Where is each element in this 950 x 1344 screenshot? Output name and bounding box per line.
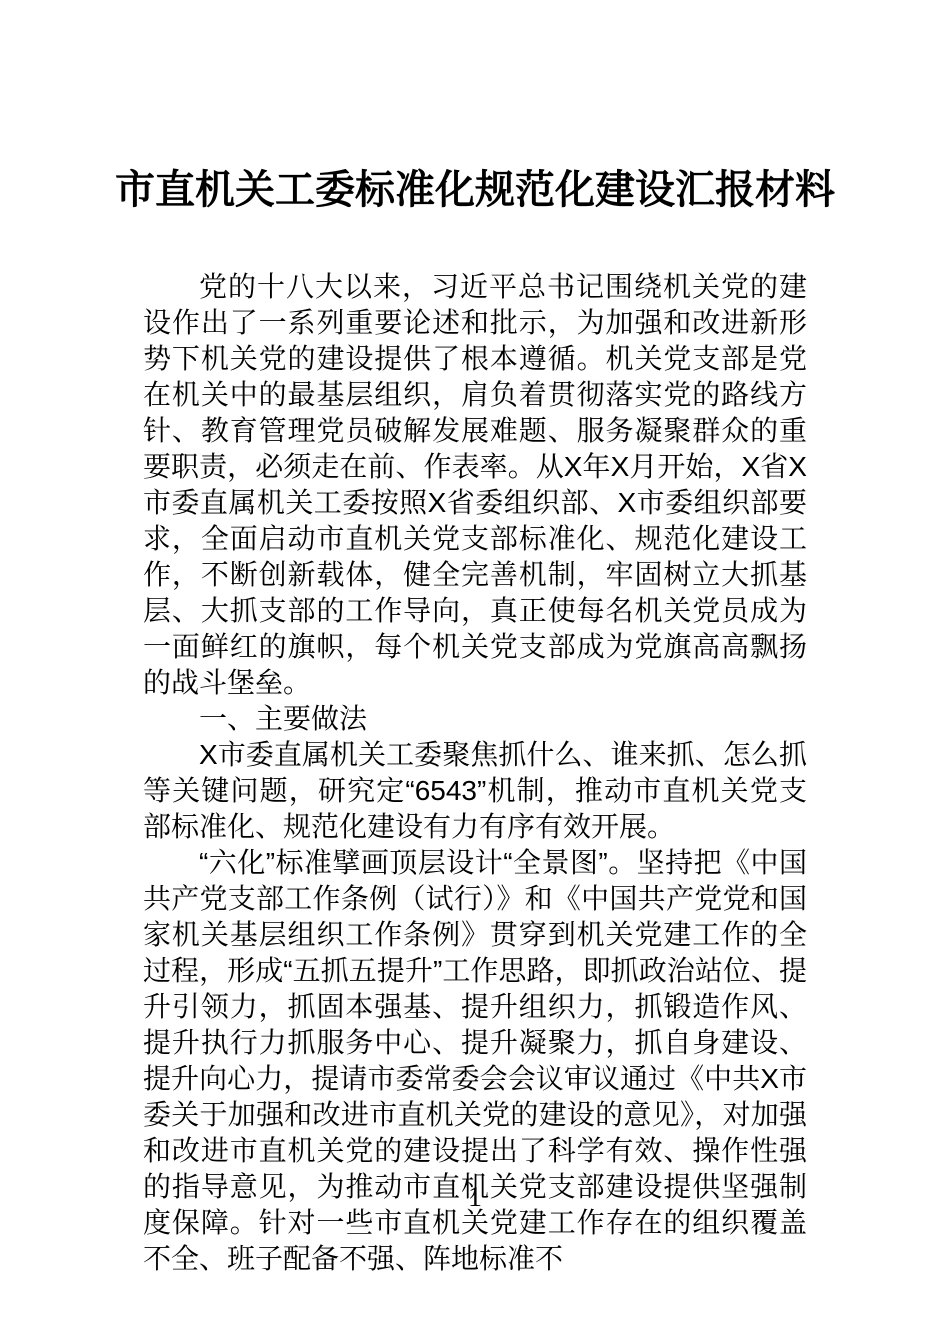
paragraph-mechanism-6543: X市委直属机关工委聚焦抓什么、谁来抓、怎么抓等关键问题，研究定“6543”机制，… (143, 737, 807, 845)
document-body: 党的十八大以来，习近平总书记围绕机关党的建设作出了一系列重要论述和批示，为加强和… (143, 269, 807, 1277)
section-heading-main-practices: 一、主要做法 (143, 701, 807, 737)
document-title: 市直机关工委标准化规范化建设汇报材料 (70, 166, 880, 214)
paragraph-intro: 党的十八大以来，习近平总书记围绕机关党的建设作出了一系列重要论述和批示，为加强和… (143, 269, 807, 701)
page-number: 1 (0, 1182, 950, 1214)
document-page: 市直机关工委标准化规范化建设汇报材料 党的十八大以来，习近平总书记围绕机关党的建… (0, 0, 950, 1344)
